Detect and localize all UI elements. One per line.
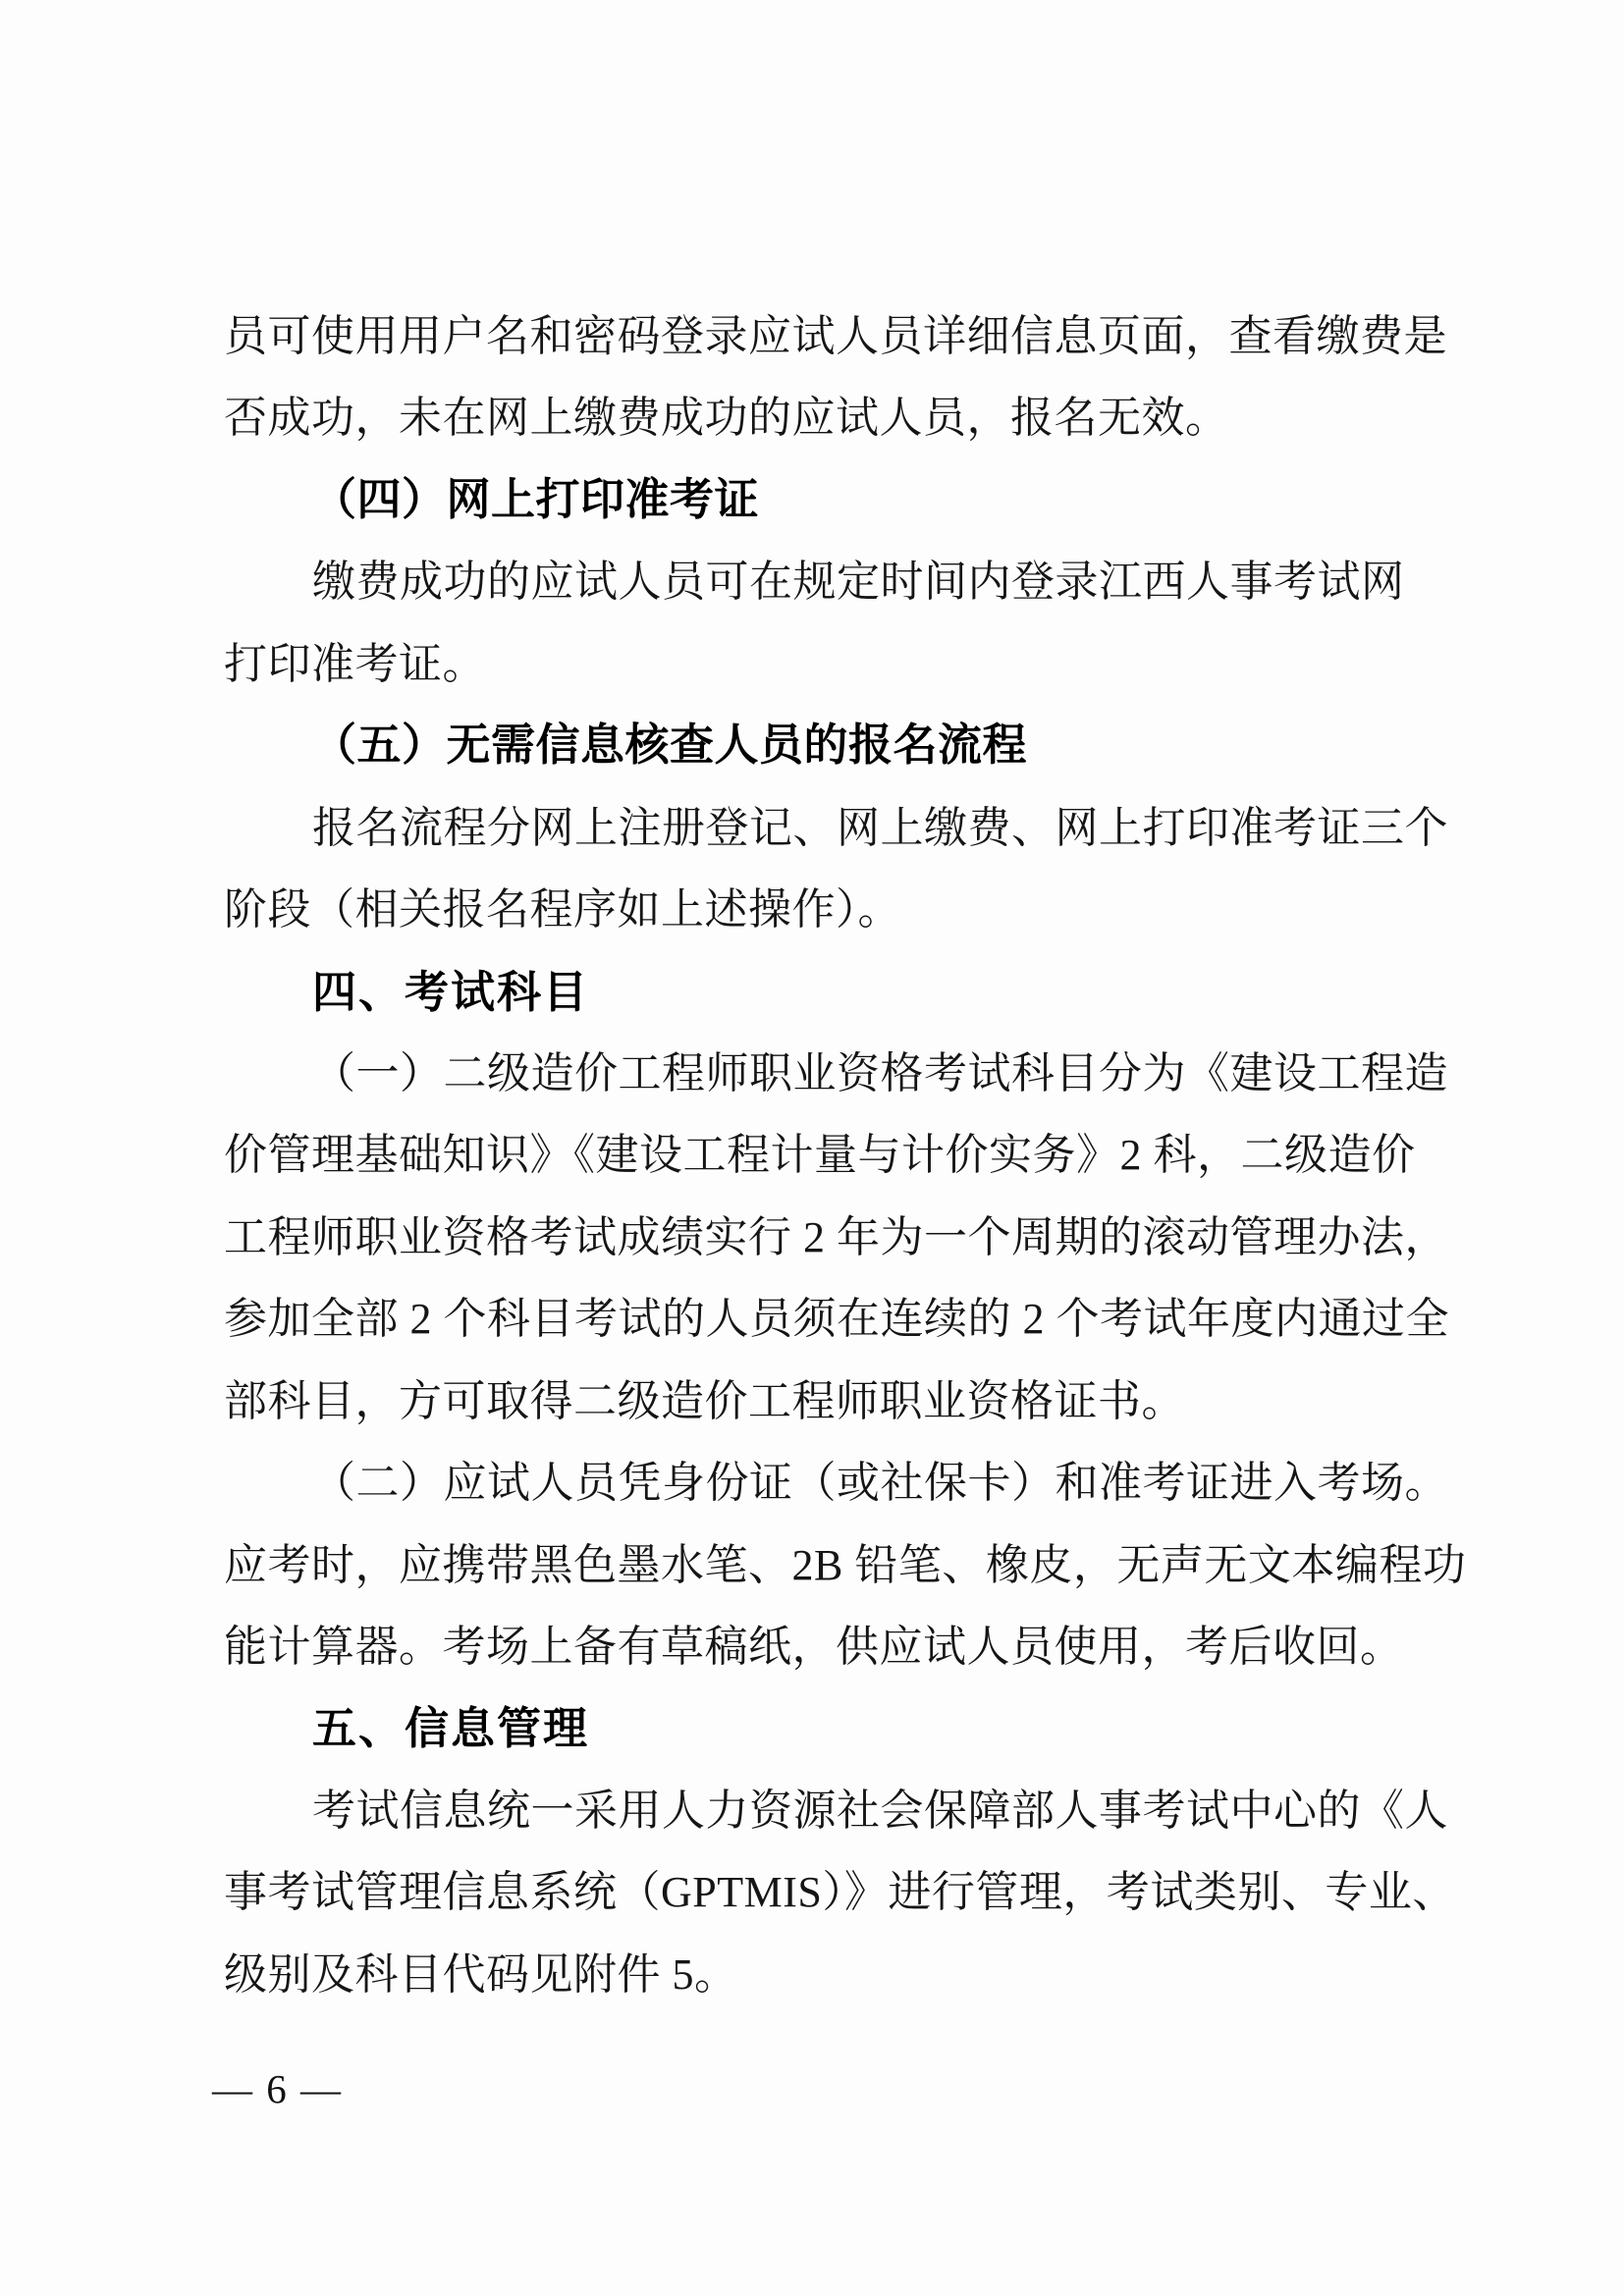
- text-line: （一）二级造价工程师职业资格考试科目分为《建设工程造: [224, 1033, 1426, 1114]
- text-line: 级别及科目代码见附件 5。: [224, 1934, 1426, 2015]
- section-heading: 四、考试科目: [224, 951, 1426, 1033]
- text-line: 考试信息统一采用人力资源社会保障部人事考试中心的《人: [224, 1770, 1426, 1851]
- text-line: 打印准考证。: [224, 623, 1426, 705]
- text-line: 缴费成功的应试人员可在规定时间内登录江西人事考试网: [224, 541, 1426, 622]
- text-line: 员可使用用户名和密码登录应试人员详细信息页面，查看缴费是: [224, 295, 1426, 377]
- document-body: 员可使用用户名和密码登录应试人员详细信息页面，查看缴费是 否成功，未在网上缴费成…: [224, 295, 1426, 2015]
- text-line: 事考试管理信息系统（GPTMIS）》进行管理，考试类别、专业、: [224, 1851, 1426, 1933]
- text-line: 价管理基础知识》《建设工程计量与计价实务》2 科，二级造价: [224, 1114, 1426, 1196]
- text-line: 工程师职业资格考试成绩实行 2 年为一个周期的滚动管理办法，: [224, 1197, 1426, 1278]
- text-line: 能计算器。考场上备有草稿纸，供应试人员使用，考后收回。: [224, 1606, 1426, 1687]
- text-line: 否成功，未在网上缴费成功的应试人员，报名无效。: [224, 377, 1426, 458]
- subsection-heading: （四）网上打印准考证: [224, 459, 1426, 541]
- text-line: 应考时，应携带黑色墨水笔、2B 铅笔、橡皮，无声无文本编程功: [224, 1524, 1426, 1606]
- text-line: 阶段（相关报名程序如上述操作）。: [224, 869, 1426, 950]
- text-line: 参加全部 2 个科目考试的人员须在连续的 2 个考试年度内通过全: [224, 1278, 1426, 1360]
- section-heading: 五、信息管理: [224, 1687, 1426, 1769]
- page-number: — 6 —: [212, 2066, 343, 2111]
- text-line: 部科目，方可取得二级造价工程师职业资格证书。: [224, 1361, 1426, 1442]
- document-page: 员可使用用户名和密码登录应试人员详细信息页面，查看缴费是 否成功，未在网上缴费成…: [0, 0, 1624, 2296]
- subsection-heading: （五）无需信息核查人员的报名流程: [224, 705, 1426, 786]
- page-footer: — 6 —: [212, 2059, 343, 2118]
- text-line: 报名流程分网上注册登记、网上缴费、网上打印准考证三个: [224, 787, 1426, 869]
- text-line: （二）应试人员凭身份证（或社保卡）和准考证进入考场。: [224, 1442, 1426, 1523]
